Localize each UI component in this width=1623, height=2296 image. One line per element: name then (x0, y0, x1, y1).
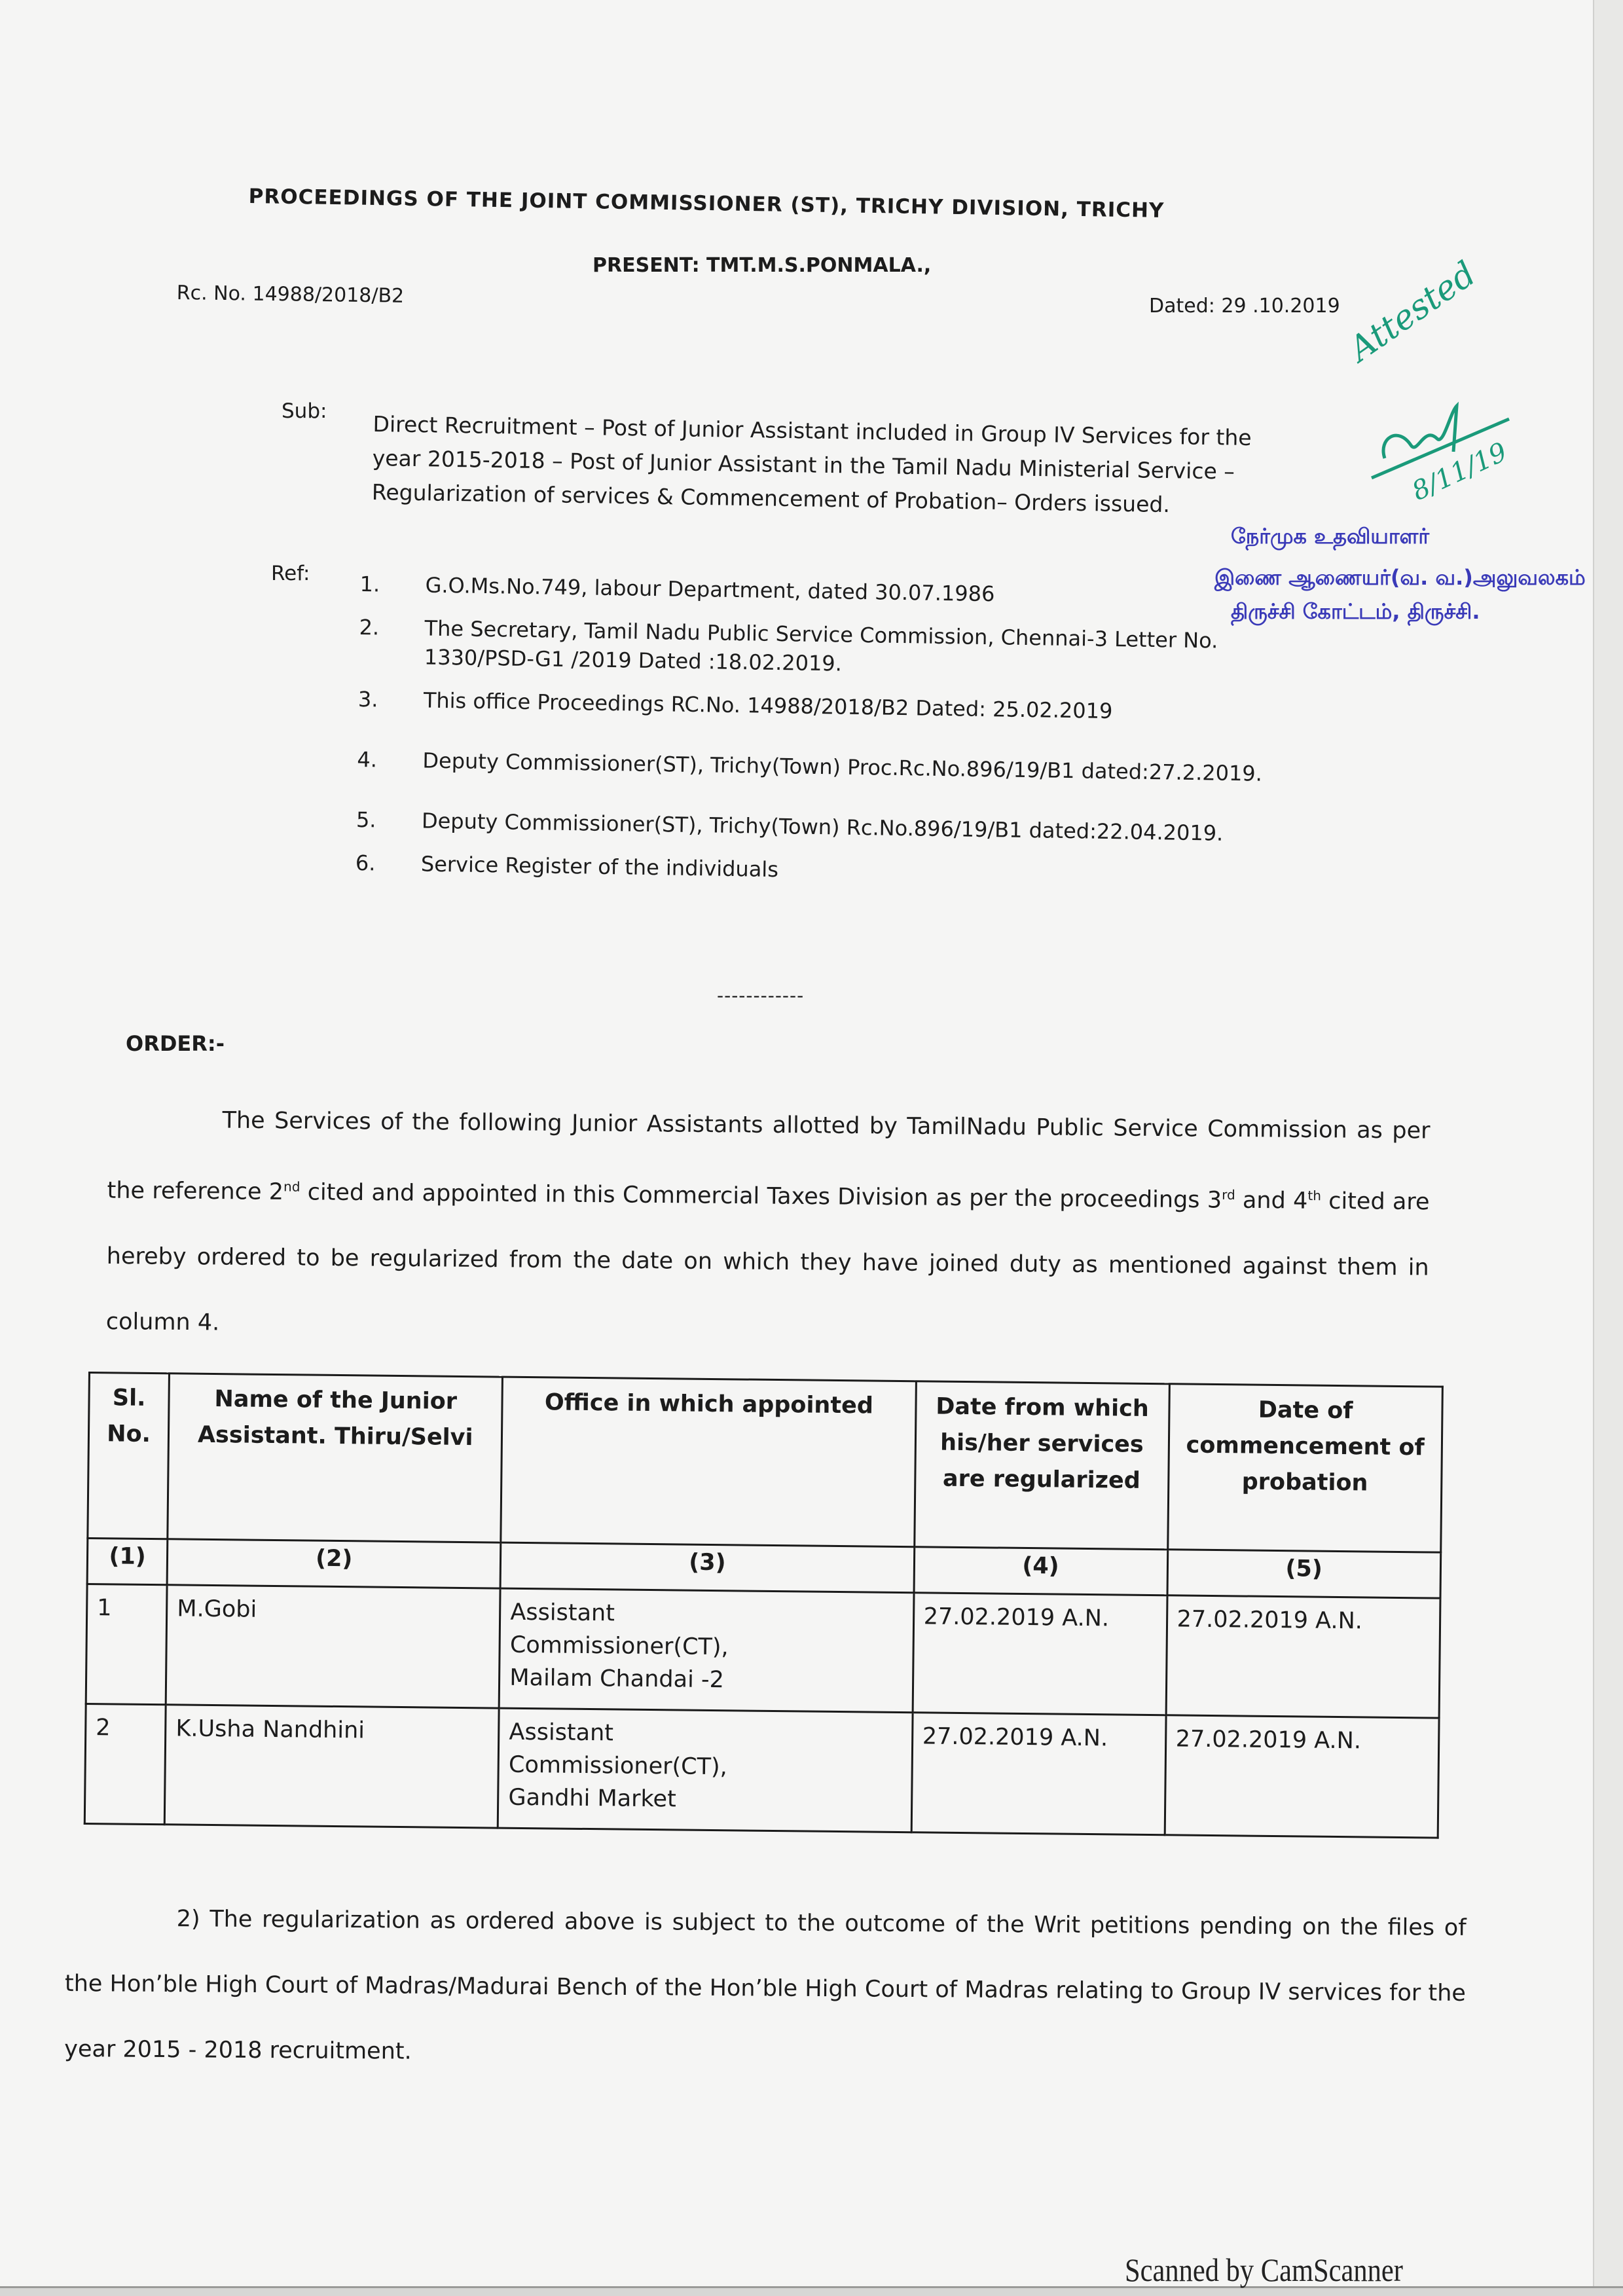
order-heading: ORDER:- (126, 1031, 225, 1056)
header-probation-date: Date of commencement of probation (1167, 1384, 1442, 1552)
svg-text:8/11/19: 8/11/19 (1408, 437, 1512, 504)
signature-icon: 8/11/19 (1359, 399, 1529, 504)
order-paragraph-2: 2) The regularization as ordered above i… (64, 1886, 1467, 2092)
office-stamp-line-2: இணை ஆணையர்(வ. வ.)அலுவலகம் (1214, 565, 1586, 592)
probation-date: 27.02.2019 A.N. (1166, 1595, 1440, 1718)
separator: ------------ (717, 985, 804, 1006)
probation-date: 27.02.2019 A.N. (1165, 1715, 1439, 1838)
table-row: 1 M.Gobi AssistantCommissioner(CT),Maila… (86, 1584, 1440, 1718)
reference-item: 5.Deputy Commissioner(ST), Trichy(Town) … (356, 805, 1273, 848)
subject-label: Sub: (282, 399, 327, 423)
column-number: (1) (87, 1539, 168, 1585)
office-appointed: AssistantCommissioner(CT),Gandhi Market (498, 1708, 913, 1832)
regularized-date: 27.02.2019 A.N. (911, 1713, 1166, 1835)
reference-item: 3.This office Proceedings RC.No. 14988/2… (358, 685, 1275, 728)
reference-item: 4.Deputy Commissioner(ST), Trichy(Town) … (357, 745, 1274, 788)
reference-number: Rc. No. 14988/2018/B2 (177, 282, 405, 308)
references-label: Ref: (271, 562, 310, 585)
column-number: (4) (914, 1547, 1168, 1595)
office-stamp-line-3: திருச்சி கோட்டம், திருச்சி. (1231, 599, 1480, 627)
header-sl-no: Sl. No. (88, 1373, 170, 1539)
present-officer: PRESENT: TMT.M.S.PONMALA., (593, 254, 931, 277)
page-edge (1593, 0, 1623, 2296)
assistant-name: M.Gobi (166, 1585, 500, 1708)
references-list: 1.G.O.Ms.No.749, labour Department, date… (355, 570, 1277, 906)
document-title: PROCEEDINGS OF THE JOINT COMMISSIONER (S… (248, 185, 1164, 223)
reference-item: 6.Service Register of the individuals (356, 848, 1273, 892)
header-regularized-date: Date from which his/her services are reg… (914, 1381, 1169, 1550)
header-office: Office in which appointed (501, 1377, 916, 1547)
reference-item: 2.The Secretary, Tamil Nadu Public Servi… (359, 613, 1276, 685)
table-row: 2 K.Usha Nandhini AssistantCommissioner(… (84, 1704, 1439, 1838)
reference-item: 1.G.O.Ms.No.749, labour Department, date… (359, 570, 1277, 613)
appointments-table: Sl. No. Name of the Junior Assistant. Th… (84, 1372, 1444, 1839)
regularized-date: 27.02.2019 A.N. (913, 1593, 1167, 1715)
scanner-watermark: Scanned by CamScanner (1125, 2251, 1403, 2289)
column-number: (5) (1167, 1550, 1441, 1598)
office-stamp-line-1: நேர்முக உதவியாளர் (1231, 524, 1429, 551)
header-name: Name of the Junior Assistant. Thiru/Selv… (168, 1374, 503, 1542)
subject-text: Direct Recruitment – Post of Junior Assi… (372, 407, 1303, 524)
office-appointed: AssistantCommissioner(CT),Mailam Chandai… (499, 1588, 913, 1713)
column-number: (2) (167, 1539, 501, 1588)
order-paragraph-1: The Services of the following Junior Ass… (105, 1087, 1430, 1366)
document-date: Dated: 29 .10.2019 (1149, 295, 1340, 318)
column-number: (3) (500, 1542, 914, 1593)
attested-annotation: Attested (1342, 254, 1483, 369)
assistant-name: K.Usha Nandhini (164, 1705, 499, 1828)
